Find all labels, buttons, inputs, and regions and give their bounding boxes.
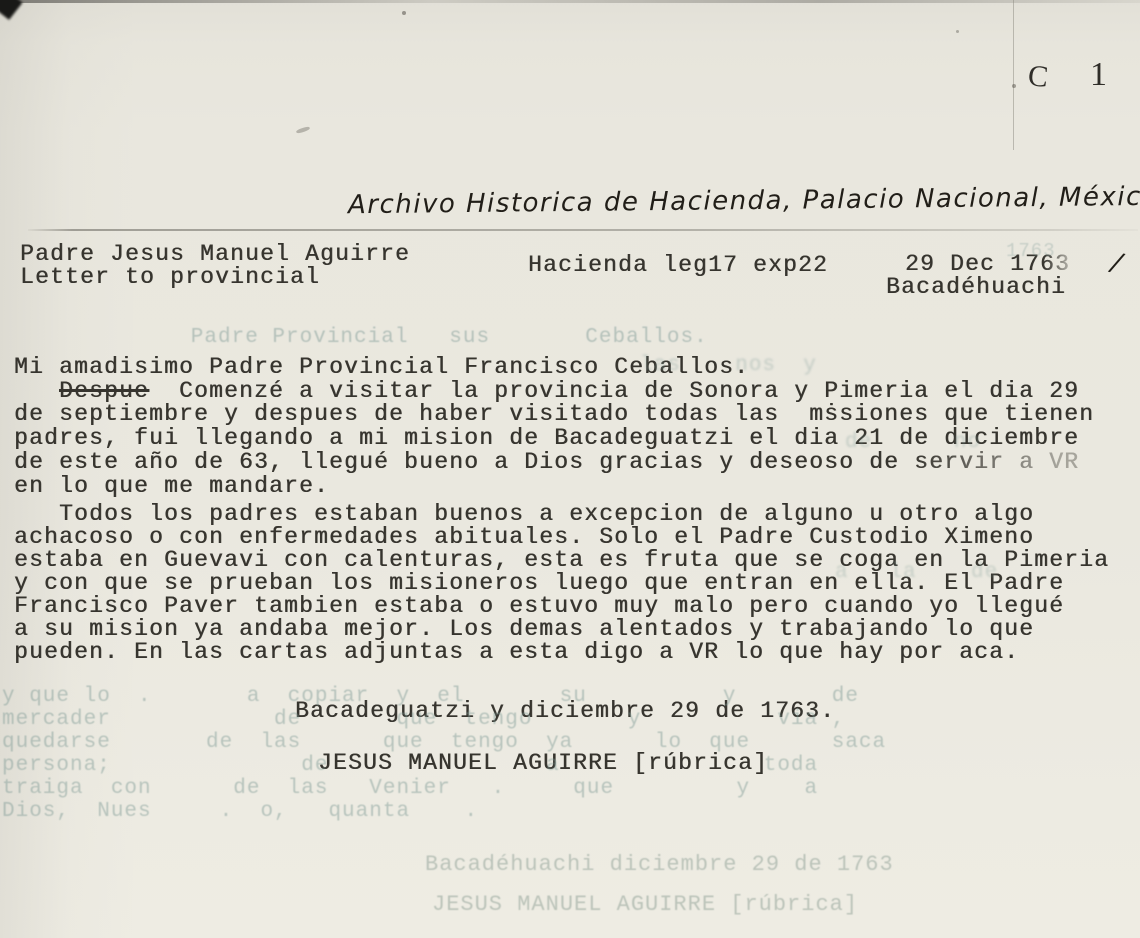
bleedthrough-signature: JESUS MANUEL AGUIRRE [rúbrica]	[432, 894, 858, 916]
handwritten-slash-mark: /	[1109, 247, 1125, 278]
paper-speck	[956, 30, 959, 33]
letter-salutation: Mi amadisimo Padre Provincial Francisco …	[14, 356, 749, 379]
bleedthrough-line: persona; de a toda	[2, 755, 818, 776]
bleedthrough-fragment: las nos y	[640, 355, 817, 376]
corner-pencil-mark: C	[1026, 59, 1049, 95]
catalog-place: Bacadéhuachi	[886, 276, 1066, 299]
bleedthrough-dateline: Bacadéhuachi diciembre 29 de 1763	[425, 854, 894, 876]
page-number: 1	[1090, 56, 1107, 94]
letter-p1-line2: de septiembre y despues de haber visitad…	[14, 403, 1094, 426]
corner-smudge	[0, 0, 23, 20]
letter-p1-line4: de este año de 63, llegué bueno a Dios g…	[14, 451, 1079, 474]
letter-p2-line5: Francisco Paver tambien estaba o estuvo …	[14, 595, 1064, 618]
horizontal-crease-line	[28, 229, 1138, 231]
bleedthrough-header-line: Padre Provincial sus Ceballos.	[150, 327, 708, 348]
letter-p2-line7: pueden. En las cartas adjuntas a esta di…	[14, 641, 1019, 664]
bleedthrough-line: mercader de que tengo y via ,	[2, 709, 845, 730]
bleedthrough-line: traiga con de las Venier . que y a	[2, 778, 818, 799]
bleedthrough-line: Dios, Nues . o, quanta .	[2, 801, 478, 822]
paper-speck	[1012, 84, 1016, 88]
scan-top-edge	[0, 0, 1140, 3]
vertical-crease-line	[1013, 0, 1014, 150]
paper-speck	[402, 11, 406, 15]
catalog-title-line2: Letter to provincial	[20, 266, 320, 289]
letter-p2-line2: achacoso o con enfermedades abituales. S…	[14, 526, 1034, 549]
bleedthrough-line: y que lo . a copiar y el su y de	[2, 686, 859, 707]
bleedthrough-fragment: de no	[845, 432, 981, 453]
letter-p1-line5: en lo que me mandare.	[14, 475, 329, 498]
letter-p2-line6: a su mision ya andaba mejor. Los demas a…	[14, 618, 1034, 641]
catalog-title-line1: Padre Jesus Manuel Aguirre	[20, 243, 410, 266]
bleedthrough-date: 1763	[1006, 241, 1056, 262]
bleedthrough-fragment: a la de	[835, 562, 998, 583]
letter-p2-line1: Todos los padres estaban buenos a excepc…	[14, 503, 1034, 526]
archive-annotation: Archivo Historica de Hacienda, Palacio N…	[348, 182, 1140, 220]
catalog-reference: Hacienda leg17 exp22	[528, 254, 828, 277]
bleedthrough-line: quedarse de las que tengo ya lo que saca	[2, 732, 886, 753]
paper-scratch	[296, 126, 311, 134]
scanned-letter-page: C 1 Archivo Historica de Hacienda, Palac…	[0, 0, 1140, 938]
letter-p1-line1: Despue Comenzé a visitar la provincia de…	[14, 380, 1079, 403]
